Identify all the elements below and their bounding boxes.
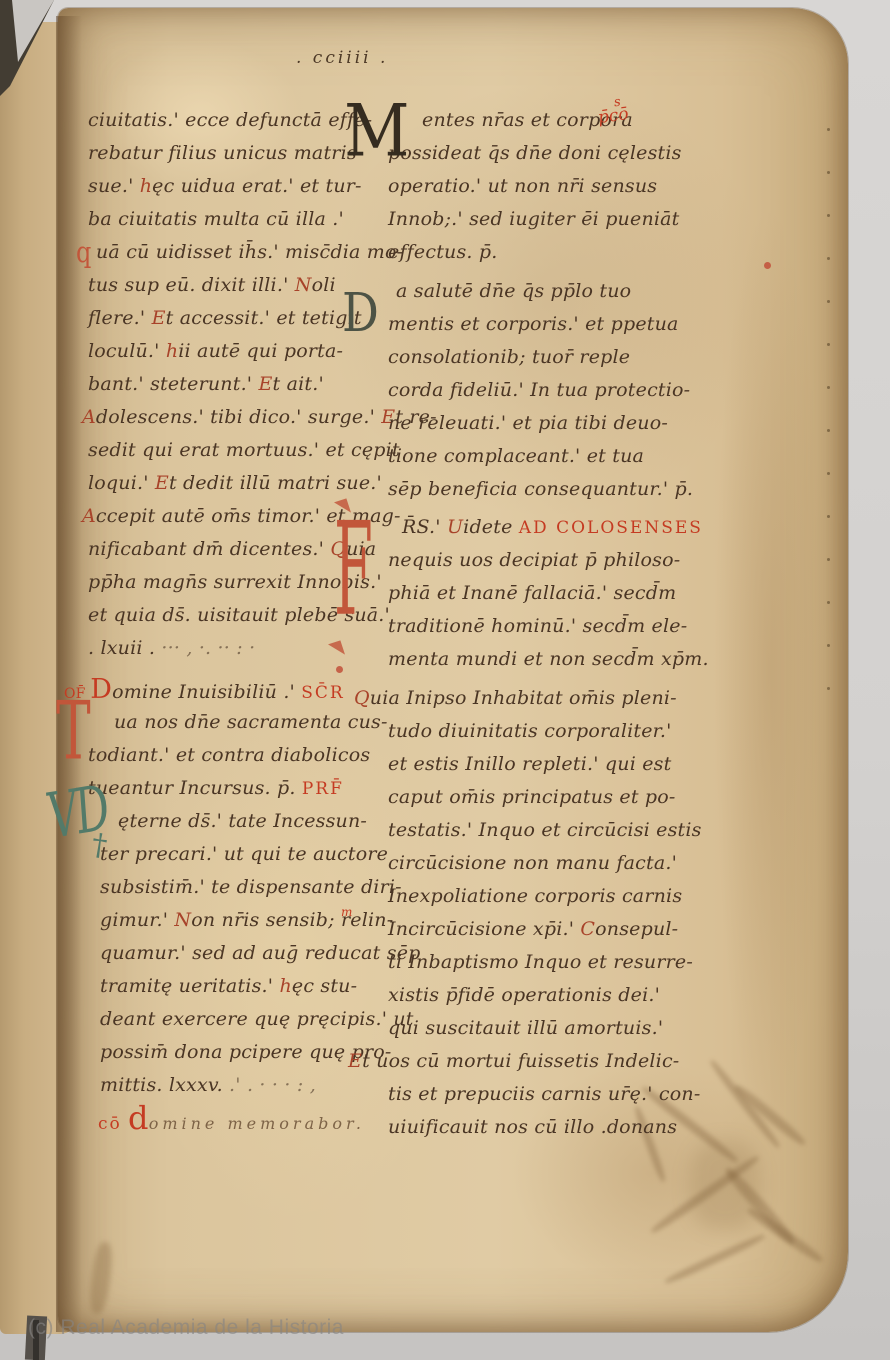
text-segment: tudo diuinitatis corporaliter.' [388,720,672,742]
manuscript-text-line: R̄S.' Uidete AD COLOSENSES [402,511,690,544]
manuscript-text-line: sue.' hęc uidua erat.' et tur- [88,170,350,203]
manuscript-text-line: phiā et Inanē fallaciā.' secd̄m [388,577,690,610]
manuscript-text-line: cō domine memorabor. [98,1102,350,1135]
manuscript-text-line: testatis.' Inquo et circūcisi estis [388,814,690,847]
text-segment: ua nos dn̄e sacramenta cus- [114,711,388,733]
text-segment: nificabant dm̄ dicentes.' [88,538,330,560]
text-segment: Incircūcisione xp̄i.' [388,918,580,940]
manuscript-text-line: a salutē dn̄e q̄s pp̄lo tuo [396,275,690,308]
manuscript-text-line: xistis p̄fidē operationis dei.' [388,979,690,1012]
manuscript-text-line: corda fideliū.' In tua protectio- [388,374,690,407]
text-segment: mentis et corporis.' et ppetua [388,313,679,335]
text-segment: tramitę ueritatis.' [100,975,279,997]
manuscript-text-line: sedit qui erat mortuus.' et cępit [88,434,350,467]
manuscript-text-line: tudo diuinitatis corporaliter.' [388,715,690,748]
manuscript-text-line: gimur.' Non nr̄is sensib; relin- [100,904,350,937]
manuscript-text-line: . lxuii . ··· , ·. ·· : · [88,632,350,665]
right-text-column: entes nr̄as et corporapossideat q̄s dn̄e… [388,104,690,1144]
manuscript-text-line: ua nos dn̄e sacramenta cus- [114,706,350,739]
text-segment: t accessit.' et tetigit [166,307,362,329]
manuscript-text-line: traditionē hominū.' secd̄m ele- [388,610,690,643]
text-segment: tis et prepuciis carnis ur̄ę.' con- [388,1083,700,1105]
manuscript-text-line: flere.' Et accessit.' et tetigit [88,302,350,335]
manuscript-text-line: Innob;.' sed iugiter ēi pueniāt [388,203,690,236]
text-segment: U [447,516,463,538]
text-segment: ii autē qui porta- [178,340,343,362]
text-segment: N [295,274,312,296]
manuscript-text-line: ciuitatis.' ecce defunctā effe- [88,104,350,137]
text-segment: phiā et Inanē fallaciā.' secd̄m [388,582,676,604]
text-segment: t dedit illū matri sue.' [169,472,382,494]
pricking-hole [827,343,830,346]
text-segment: a salutē dn̄e q̄s pp̄lo tuo [396,280,631,302]
manuscript-text-line: tueantur Incursus. p̄. PRF̄ [88,772,350,805]
text-segment: onsepul- [595,918,678,940]
manuscript-text-line: quamur.' sed ad auḡ reducat sēp [100,937,350,970]
manuscript-text-line: possim̄ dona pcipere quę pro- [100,1036,350,1069]
text-segment: cō [98,1114,122,1134]
manuscript-text-line: menta mundi et non secd̄m xp̄m. [388,643,690,676]
text-segment: ęc uidua erat.' et tur- [152,175,362,197]
text-segment: gimur.' [100,909,174,931]
text-segment: .' . · · · : , [223,1074,316,1096]
manuscript-text-line: tis et prepuciis carnis ur̄ę.' con- [388,1078,690,1111]
text-segment: rebatur filius unicus matris [88,142,357,164]
pricking-hole [827,644,830,647]
text-segment: uia Inipso Inhabitat om̄is pleni- [370,687,677,709]
text-segment: R̄S.' [402,516,447,538]
text-segment: nequis uos decipiat p̄ philoso- [388,549,680,571]
text-segment: bant.' steterunt.' [88,373,258,395]
text-segment: h [279,975,291,997]
text-segment: t uos cū mortui fuissetis Indelic- [362,1050,679,1072]
manuscript-text-line: ba ciuitatis multa cū illa .' [88,203,350,236]
text-segment: D [90,674,112,705]
manuscript-text-line: rebatur filius unicus matris [88,137,350,170]
manuscript-text-line: ęterne ds̄.' tate Incessun- [118,805,350,838]
text-segment: sedit qui erat mortuus.' et cępit [88,439,400,461]
pricking-hole [827,515,830,518]
text-segment: corda fideliū.' In tua protectio- [388,379,690,401]
text-segment: deant exercere quę pręcipis.' ut [100,1008,414,1030]
text-segment: tione complaceant.' et tua [388,445,644,467]
text-segment: ··· , ·. ·· : · [155,637,255,659]
manuscript-text-line: todiant.' et contra diabolicos [88,739,350,772]
manuscript-text-line: tus sup eū. dixit illi.' Noli [88,269,350,302]
text-segment: PRF̄ [302,779,344,799]
text-segment: caput om̄is principatus et po- [388,786,676,808]
text-segment: ba ciuitatis multa cū illa .' [88,208,344,230]
text-segment: Q [354,687,370,709]
secreta-rubric-abbrev: p̄cō [597,106,630,127]
manuscript-text-line: Accepit autē om̄s timor.' et mag- [82,500,350,533]
manuscript-text-line: tramitę ueritatis.' hęc stu- [100,970,350,1003]
text-segment: loqui.' [88,472,155,494]
copyright-watermark: (c) Real Academia de la Historia [28,1316,344,1340]
text-segment: E [348,1050,362,1072]
manuscript-scan: . cciiii . (c) Real Academia de la Histo… [0,0,890,1360]
text-segment: mittis. lxxxv. [100,1074,223,1096]
manuscript-text-line: loculū.' hii autē qui porta- [88,335,350,368]
pricking-hole [827,386,830,389]
manuscript-text-line: effectus. p̄. [388,236,690,269]
text-segment: uiuificauit nos cū illo .donans [388,1116,677,1138]
initial-d-da: D [342,286,379,339]
text-segment: h [140,175,152,197]
text-segment: ne releuati.' et pia tibi deuo- [388,412,668,434]
text-segment: h [166,340,178,362]
text-segment: ti Inbaptismo Inquo et resurre- [388,951,693,973]
manuscript-text-line: sēp beneficia consequantur.' p̄. [388,473,690,506]
manuscript-text-line: mittis. lxxxv. .' . · · · : , [100,1069,350,1102]
text-segment: possideat q̄s dn̄e doni cęlestis [388,142,682,164]
manuscript-text-line: Inexpoliatione corporis carnis [388,880,690,913]
manuscript-text-line: ne releuati.' et pia tibi deuo- [388,407,690,440]
text-segment: A [82,505,96,527]
text-segment: t ait.' [273,373,324,395]
manuscript-text-line: Adolescens.' tibi dico.' surge.' Et re- [82,401,350,434]
manuscript-text-line: tione complaceant.' et tua [388,440,690,473]
text-segment: ciuitatis.' ecce defunctā effe- [88,109,372,131]
text-segment: sēp beneficia consequantur.' p̄. [388,478,693,500]
initial-t-tua: T [56,692,91,773]
manuscript-text-line: et estis Inillo repleti.' qui est [388,748,690,781]
text-segment: oli [312,274,336,296]
text-segment: todiant.' et contra diabolicos [88,744,370,766]
text-segment: xistis p̄fidē operationis dei.' [388,984,660,1006]
manuscript-text-line: circūcisione non manu facta.' [388,847,690,880]
red-dot [336,666,343,673]
manuscript-text-line: caput om̄is principatus et po- [388,781,690,814]
text-segment: testatis.' Inquo et circūcisi estis [388,819,702,841]
text-segment: omine Inuisibiliū .' [112,681,295,703]
pricking-hole [827,558,830,561]
text-segment: traditionē hominū.' secd̄m ele- [388,615,687,637]
text-segment: uā cū uidisset ih̄s.' misc̄dia mo- [96,241,403,263]
manuscript-text-line: subsistim̄.' te dispensante diri- [100,871,350,904]
text-segment: et estis Inillo repleti.' qui est [388,753,671,775]
text-segment: subsistim̄.' te dispensante diri- [100,876,402,898]
text-segment: SC̄R [301,683,344,703]
manuscript-text-line: ti Inbaptismo Inquo et resurre- [388,946,690,979]
manuscript-text-line: et quia ds̄. uisitauit plebē suā.' [88,599,350,632]
text-segment: qui suscitauit illū amortuis.' [388,1017,663,1039]
left-text-column: ciuitatis.' ecce defunctā effe-rebatur f… [88,104,350,1135]
text-segment: flere.' [88,307,152,329]
text-segment: Innob;.' sed iugiter ēi pueniāt [388,208,680,230]
manuscript-text-line: Incircūcisione xp̄i.' Consepul- [388,913,690,946]
text-segment: Inexpoliatione corporis carnis [388,885,682,907]
manuscript-text-line: nificabant dm̄ dicentes.' Quia [88,533,350,566]
text-segment: quamur.' sed ad auḡ reducat sēp [100,942,421,964]
text-segment: omine memorabor. [149,1114,365,1133]
manuscript-text-line: qui suscitauit illū amortuis.' [388,1012,690,1045]
text-segment: ęc stu- [292,975,357,997]
text-segment: circūcisione non manu facta.' [388,852,677,874]
text-segment: ter precari.' ut qui te auctore [100,843,388,865]
pricking-hole [827,257,830,260]
initial-q-margin: q [76,238,91,267]
manuscript-text-line: OF̄ Domine Inuisibiliū .' SC̄R [64,673,350,706]
text-segment: operatio.' ut non nr̄i sensus [388,175,657,197]
pricking-hole [827,601,830,604]
folio-number: . cciiii . [296,48,388,68]
text-segment: E [258,373,272,395]
pricking-hole [827,214,830,217]
text-segment: tueantur Incursus. p̄. [88,777,302,799]
red-dot [764,262,771,269]
pricking-hole [827,429,830,432]
text-segment: consolationib; tuor̄ reple [388,346,630,368]
manuscript-text-line: loqui.' Et dedit illū matri sue.' [88,467,350,500]
text-segment: . lxuii . [88,637,155,659]
manuscript-text-line: ter precari.' ut qui te auctore [100,838,350,871]
manuscript-text-line: deant exercere quę pręcipis.' ut [100,1003,350,1036]
manuscript-text-line: possideat q̄s dn̄e doni cęlestis [388,137,690,170]
pricking-hole [827,128,830,131]
text-segment: ęterne ds̄.' tate Incessun- [118,810,367,832]
initial-m-mentes: M [344,96,410,168]
text-segment: d [128,1099,149,1137]
text-segment: tus sup eū. dixit illi.' [88,274,295,296]
text-segment: E [152,307,166,329]
text-segment: on nr̄is sensib; relin- [191,909,393,931]
manuscript-text-line: Quia Inipso Inhabitat om̄is pleni- [354,682,690,715]
manuscript-text-line: pp̄ha magn̄s surrexit Innobis.' [88,566,350,599]
text-segment: effectus. p̄. [388,241,498,263]
text-segment: C [580,918,595,940]
manuscript-text-line: uā cū uidisset ih̄s.' misc̄dia mo- [96,236,350,269]
pricking-hole [827,171,830,174]
pricking-hole [827,300,830,303]
text-segment: menta mundi et non secd̄m xp̄m. [388,648,709,670]
text-segment: sue.' [88,175,140,197]
margin-note-m: m [341,906,352,918]
pricking-hole [827,472,830,475]
text-segment: A [82,406,96,428]
text-segment: E [155,472,169,494]
initial-f-fratres: F [334,508,373,637]
text-segment: dolescens.' tibi dico.' surge.' [96,406,381,428]
text-segment: N [174,909,191,931]
text-segment: idete [463,516,519,538]
pricking-hole [827,687,830,690]
manuscript-text-line: entes nr̄as et corpora [422,104,690,137]
text-segment: loculū.' [88,340,166,362]
manuscript-text-line: operatio.' ut non nr̄i sensus [388,170,690,203]
manuscript-text-line: uiuificauit nos cū illo .donans [388,1111,690,1144]
manuscript-text-line: consolationib; tuor̄ reple [388,341,690,374]
manuscript-text-line: nequis uos decipiat p̄ philoso- [388,544,690,577]
manuscript-text-line: Et uos cū mortui fuissetis Indelic- [348,1045,690,1078]
text-segment: AD COLOSENSES [519,518,703,538]
manuscript-text-line: bant.' steterunt.' Et ait.' [88,368,350,401]
manuscript-text-line: mentis et corporis.' et ppetua [388,308,690,341]
